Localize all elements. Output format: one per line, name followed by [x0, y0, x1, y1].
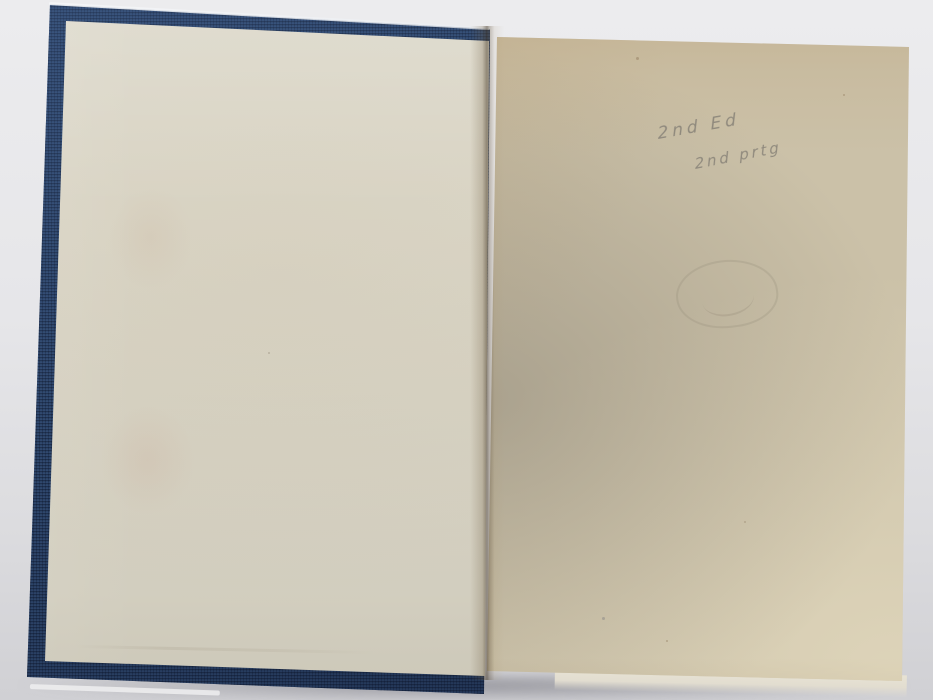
handwritten-annotation-line2: 2nd prtg: [694, 138, 782, 173]
foxing-speck: [636, 57, 639, 60]
scuff-mark: [75, 645, 375, 654]
book-gutter: [470, 26, 504, 680]
stain: [108, 185, 193, 290]
foxing-speck: [268, 352, 270, 354]
handwritten-annotation-line1: 2nd Ed: [657, 110, 740, 145]
foxing-speck: [744, 521, 746, 523]
photo-scene: 2nd Ed 2nd prtg: [0, 0, 933, 700]
foxing-speck: [843, 94, 845, 96]
foxing-speck: [666, 640, 668, 642]
foxing-speck: [602, 617, 605, 620]
stain: [100, 405, 195, 515]
